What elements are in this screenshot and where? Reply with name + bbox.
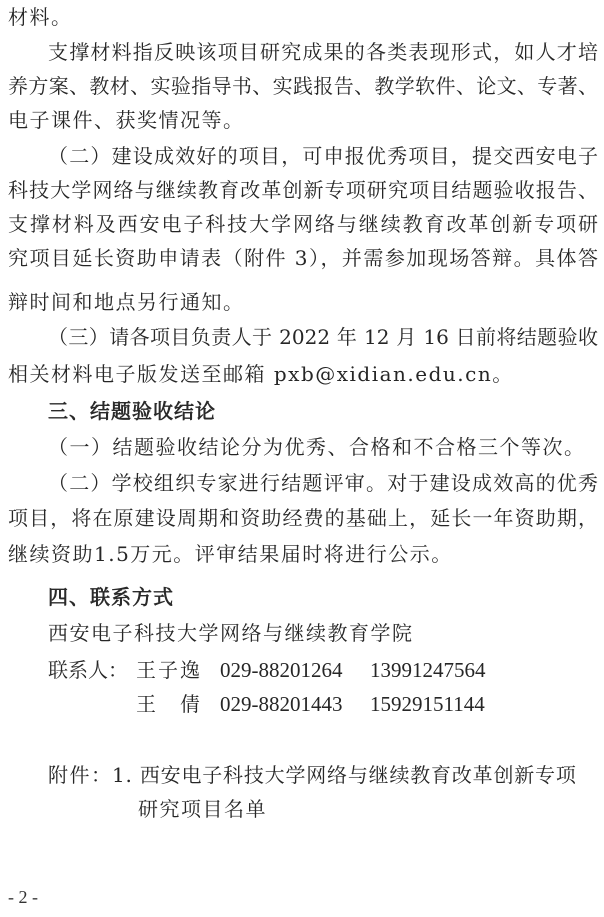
paragraph-line: 支撑材料指反映该项目研究成果的各类表现形式，如人才培 [48,39,598,65]
paragraph-line: 项目，将在原建设周期和资助经费的基础上，延长一年资助期， [8,505,598,531]
paragraph-line: 辩时间和地点另行通知。 [8,289,245,315]
paragraph-line: （三）请各项目负责人于 2022 年 12 月 16 日前将结题验收 [48,324,598,350]
paragraph-line: 养方案、教材、实验指导书、实践报告、教学软件、论文、专著、 [8,73,598,99]
paragraph-line: 材料。 [8,4,73,30]
paragraph-line: 支撑材料及西安电子科技大学网络与继续教育改革创新专项研 [8,211,598,237]
attachment-label: 附件： [48,762,113,788]
document-page: 材料。 支撑材料指反映该项目研究成果的各类表现形式，如人才培 养方案、教材、实验… [0,0,604,917]
paragraph-line: 继续资助1.5万元。评审结果届时将进行公示。 [8,541,453,567]
contact-name: 王子逸 [136,657,202,683]
contact-label: 联系人： [48,657,128,683]
section-heading-contact: 四、联系方式 [48,584,174,610]
contact-name: 王 倩 [136,691,202,717]
paragraph-line: 究项目延长资助申请表（附件 3），并需参加现场答辩。具体答 [8,245,598,271]
contact-phone: 029-88201443 [220,691,343,717]
attachment-item-continued: 研究项目名单 [138,796,267,822]
paragraph-line: （一）结题验收结论分为优秀、合格和不合格三个等次。 [48,434,586,460]
paragraph-line: 相关材料电子版发送至邮箱 pxb@xidian.edu.cn。 [8,361,514,387]
paragraph-line: （二）学校组织专家进行结题评审。对于建设成效高的优秀 [48,470,598,496]
paragraph-line: 电子课件、获奖情况等。 [8,107,245,133]
contact-organization: 西安电子科技大学网络与继续教育学院 [48,620,414,646]
attachment-item: 1. 西安电子科技大学网络与继续教育改革创新专项 [112,762,577,788]
page-number: - 2 - [8,886,38,908]
section-heading-conclusion: 三、结题验收结论 [48,398,216,424]
contact-mobile: 13991247564 [370,657,486,683]
paragraph-line: （二）建设成效好的项目，可申报优秀项目，提交西安电子 [48,143,598,169]
paragraph-line: 科技大学网络与继续教育改革创新专项研究项目结题验收报告、 [8,177,598,203]
contact-mobile: 15929151144 [370,691,485,717]
contact-phone: 029-88201264 [220,657,343,683]
